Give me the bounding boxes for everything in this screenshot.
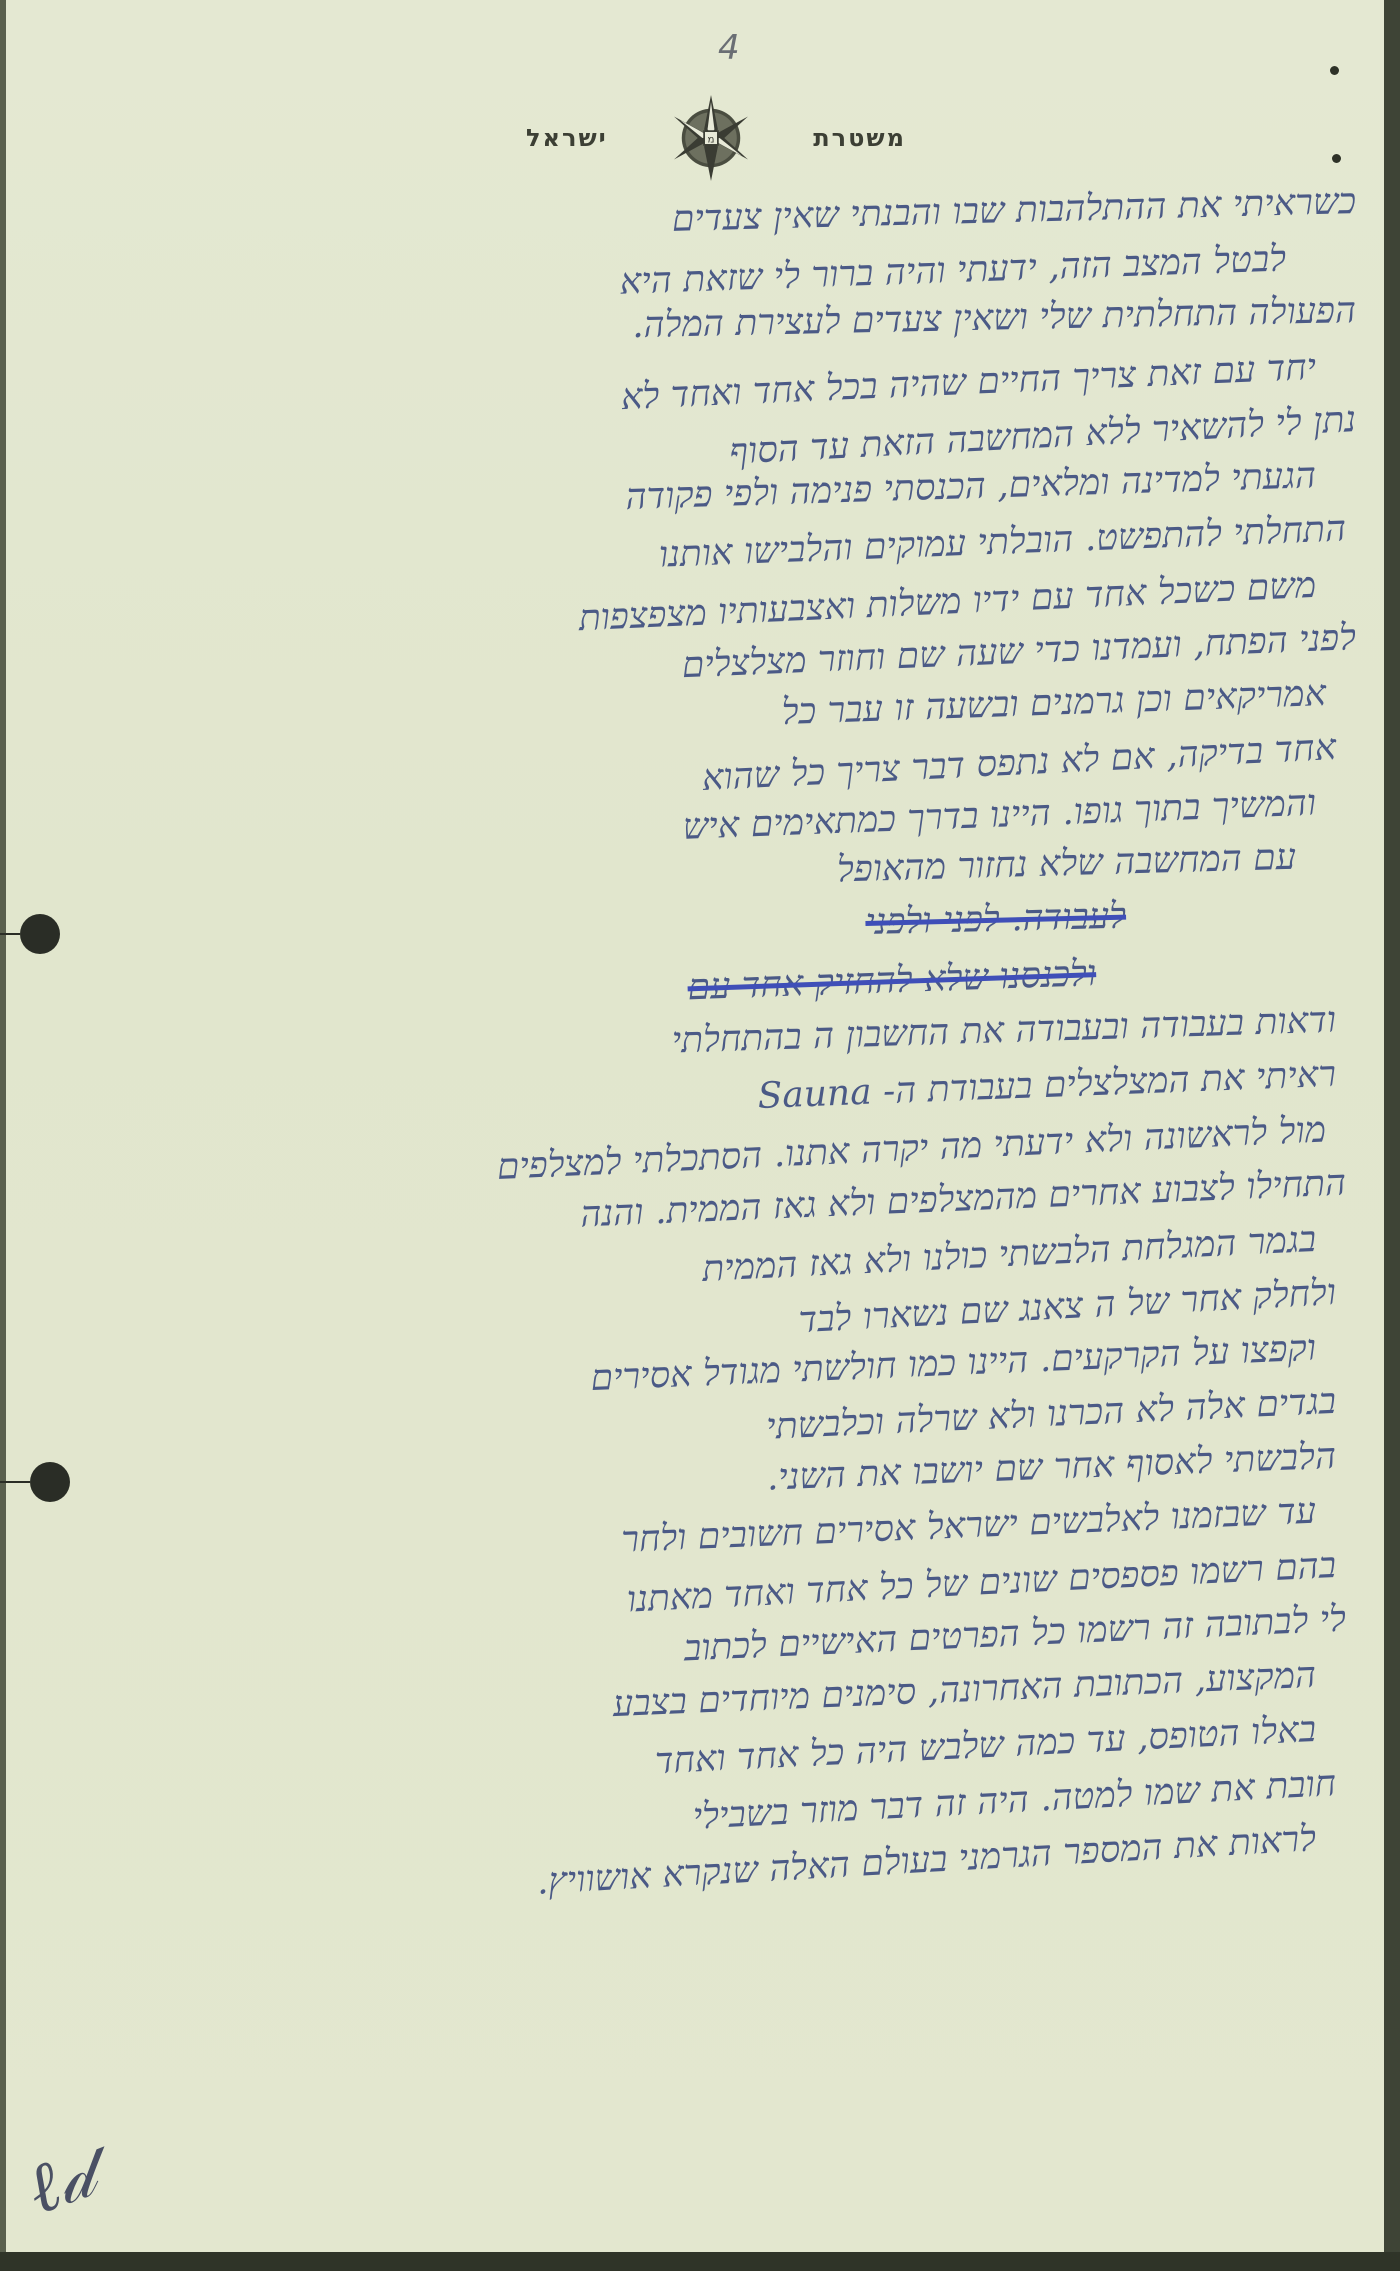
page-number: 4	[718, 28, 740, 68]
svg-text:מ: מ	[707, 133, 714, 145]
letterhead-israel-word: ישראל	[526, 124, 608, 152]
scan-dot	[1332, 154, 1341, 163]
signature: ℓ𝒹	[16, 2131, 105, 2231]
letterhead: משטרת מ ישראל	[526, 88, 906, 188]
scan-right-edge	[1384, 0, 1400, 2271]
letterhead-police-word: משטרת	[813, 124, 906, 152]
scan-dot	[1330, 66, 1339, 75]
scan-bottom-edge	[0, 2252, 1400, 2271]
police-emblem-icon: מ	[668, 91, 754, 185]
letter-page: 4 משטרת מ ישראל כשראית	[6, 0, 1384, 2252]
handwritten-text: כשראיתי את ההתלהבות שבו והבנתי שאין צעדי…	[36, 175, 1356, 1865]
